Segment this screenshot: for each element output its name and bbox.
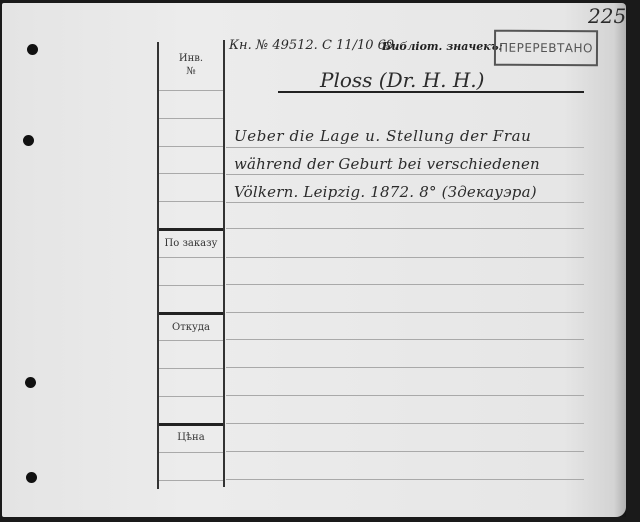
left-rule bbox=[159, 368, 223, 369]
punch-hole bbox=[27, 44, 38, 55]
left-rule bbox=[159, 480, 223, 481]
ruled-line bbox=[226, 284, 584, 285]
source-label: Откуда bbox=[159, 322, 223, 333]
left-rule bbox=[159, 201, 223, 202]
ruled-line bbox=[226, 147, 584, 148]
price-label: Цѣна bbox=[159, 432, 223, 443]
by-order-label: По заказу bbox=[159, 238, 223, 249]
left-rule bbox=[159, 146, 223, 147]
ruled-line bbox=[226, 479, 584, 480]
punch-hole bbox=[23, 135, 34, 146]
left-rule bbox=[159, 285, 223, 286]
call-number: Кн. № 49512. С 11/10 69. bbox=[229, 38, 398, 53]
punch-hole bbox=[25, 377, 36, 388]
left-rule bbox=[159, 90, 223, 91]
left-rule bbox=[159, 340, 223, 341]
inventory-label: Инв. bbox=[159, 53, 223, 64]
library-mark-label: Библiот. значекъ: bbox=[382, 40, 503, 53]
card-edge-shadow bbox=[614, 3, 626, 517]
ruled-line bbox=[226, 257, 584, 258]
catalog-card bbox=[2, 3, 626, 517]
ruled-line bbox=[226, 174, 584, 175]
inventory-number-label: № bbox=[159, 66, 223, 77]
left-rule bbox=[159, 257, 223, 258]
title-line-3: Völkern. Leipzig. 1872. 8° (Здекауэра) bbox=[234, 183, 537, 201]
ruled-line bbox=[226, 451, 584, 452]
left-column-border-left bbox=[157, 42, 159, 489]
author-underline bbox=[278, 91, 584, 93]
page-number: 225 bbox=[588, 4, 626, 28]
left-rule bbox=[159, 173, 223, 174]
ruled-line bbox=[226, 423, 584, 424]
ruled-line bbox=[226, 395, 584, 396]
ruled-line bbox=[226, 202, 584, 203]
ruled-line bbox=[226, 312, 584, 313]
left-column-border-right bbox=[223, 40, 225, 487]
title-line-2: während der Geburt bei verschiedenen bbox=[234, 155, 540, 173]
left-rule bbox=[159, 118, 223, 119]
left-rule bbox=[159, 452, 223, 453]
left-section-divider bbox=[159, 423, 223, 426]
left-rule bbox=[159, 396, 223, 397]
ruled-line bbox=[226, 228, 584, 229]
ruled-line bbox=[226, 367, 584, 368]
reregistration-stamp: ПЕРЕРЕВТАНО bbox=[494, 30, 598, 67]
title-line-1: Ueber die Lage u. Stellung der Frau bbox=[234, 127, 531, 145]
author-name: Ploss (Dr. H. H.) bbox=[320, 68, 484, 92]
left-section-divider bbox=[159, 312, 223, 315]
ruled-line bbox=[226, 339, 584, 340]
left-section-divider bbox=[159, 228, 223, 231]
punch-hole bbox=[26, 472, 37, 483]
